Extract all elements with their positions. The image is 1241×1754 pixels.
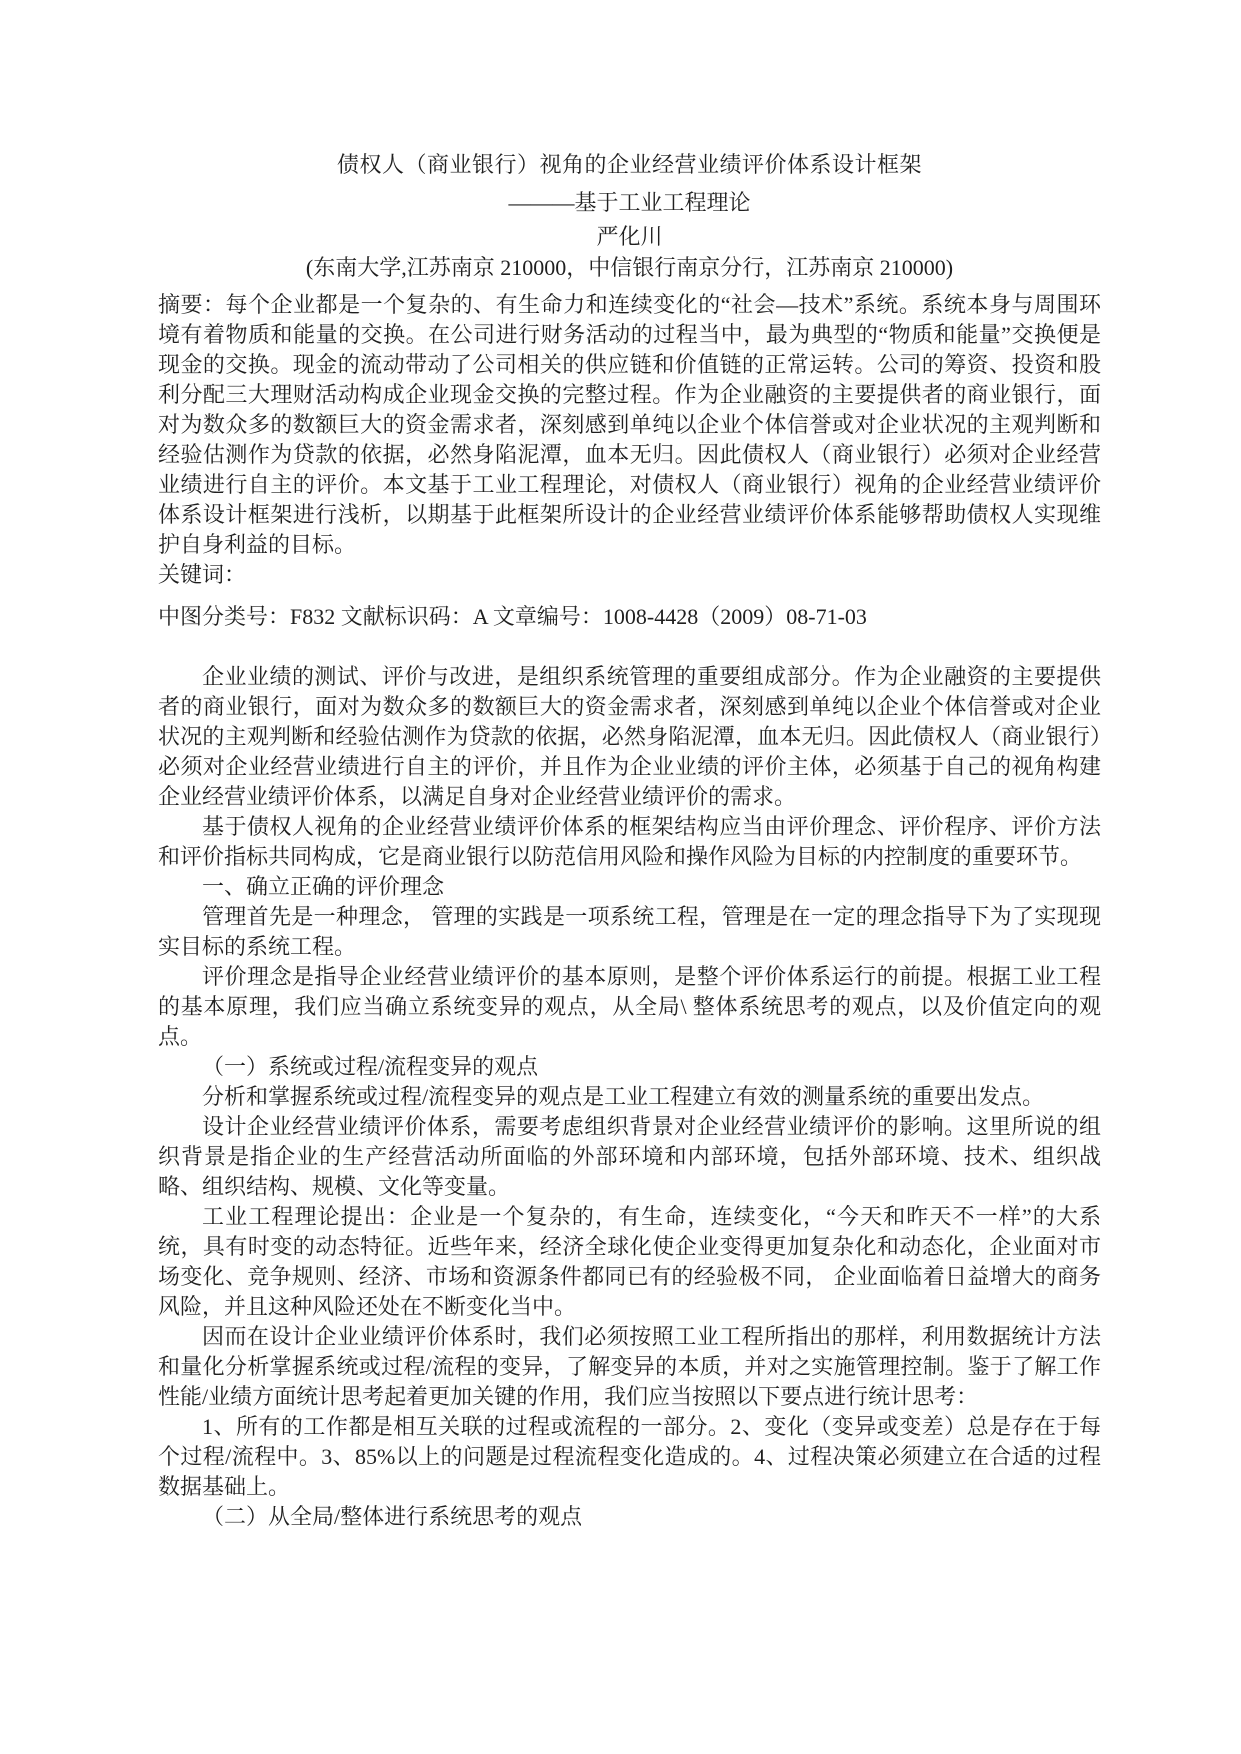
body-paragraph: 企业业绩的测试、评价与改进，是组织系统管理的重要组成部分。作为企业融资的主要提供… (158, 662, 1101, 812)
author-affiliation: (东南大学,江苏南京 210000，中信银行南京分行，江苏南京 210000) (158, 252, 1101, 284)
author-name: 严化川 (158, 221, 1101, 252)
page-content: 债权人（商业银行）视角的企业经营业绩评价体系设计框架 ———基于工业工程理论 严… (0, 0, 1241, 1532)
keywords-label: 关键词： (158, 560, 1101, 590)
document-page: 债权人（商业银行）视角的企业经营业绩评价体系设计框架 ———基于工业工程理论 严… (0, 0, 1241, 1754)
section-heading: 一、确立正确的评价理念 (158, 872, 1101, 902)
body-paragraph: 设计企业经营业绩评价体系，需要考虑组织背景对企业经营业绩评价的影响。这里所说的组… (158, 1112, 1101, 1202)
body-paragraph: 基于债权人视角的企业经营业绩评价体系的框架结构应当由评价理念、评价程序、评价方法… (158, 812, 1101, 872)
body-paragraph: 评价理念是指导企业经营业绩评价的基本原则，是整个评价体系运行的前提。根据工业工程… (158, 962, 1101, 1052)
classification-line: 中图分类号：F832 文献标识码：A 文章编号：1008-4428（2009）0… (158, 602, 1101, 632)
abstract-text: 摘要：每个企业都是一个复杂的、有生命力和连续变化的“社会—技术”系统。系统本身与… (158, 290, 1101, 560)
abstract-block: 摘要：每个企业都是一个复杂的、有生命力和连续变化的“社会—技术”系统。系统本身与… (158, 290, 1101, 632)
title-block: 债权人（商业银行）视角的企业经营业绩评价体系设计框架 ———基于工业工程理论 严… (158, 146, 1101, 284)
body-paragraph: 1、所有的工作都是相互关联的过程或流程的一部分。2、变化（变异或变差）总是存在于… (158, 1412, 1101, 1502)
body-paragraph: 工业工程理论提出：企业是一个复杂的，有生命，连续变化，“今天和昨天不一样”的大系… (158, 1202, 1101, 1322)
body-paragraph: 因而在设计企业业绩评价体系时，我们必须按照工业工程所指出的那样，利用数据统计方法… (158, 1322, 1101, 1412)
body-block: 企业业绩的测试、评价与改进，是组织系统管理的重要组成部分。作为企业融资的主要提供… (158, 662, 1101, 1532)
page-title: 债权人（商业银行）视角的企业经营业绩评价体系设计框架 (158, 146, 1101, 184)
page-subtitle: ———基于工业工程理论 (158, 184, 1101, 221)
body-paragraph: 分析和掌握系统或过程/流程变异的观点是工业工程建立有效的测量系统的重要出发点。 (158, 1082, 1101, 1112)
body-paragraph: 管理首先是一种理念， 管理的实践是一项系统工程，管理是在一定的理念指导下为了实现… (158, 902, 1101, 962)
section-heading: （一）系统或过程/流程变异的观点 (158, 1052, 1101, 1082)
section-heading: （二）从全局/整体进行系统思考的观点 (158, 1502, 1101, 1532)
